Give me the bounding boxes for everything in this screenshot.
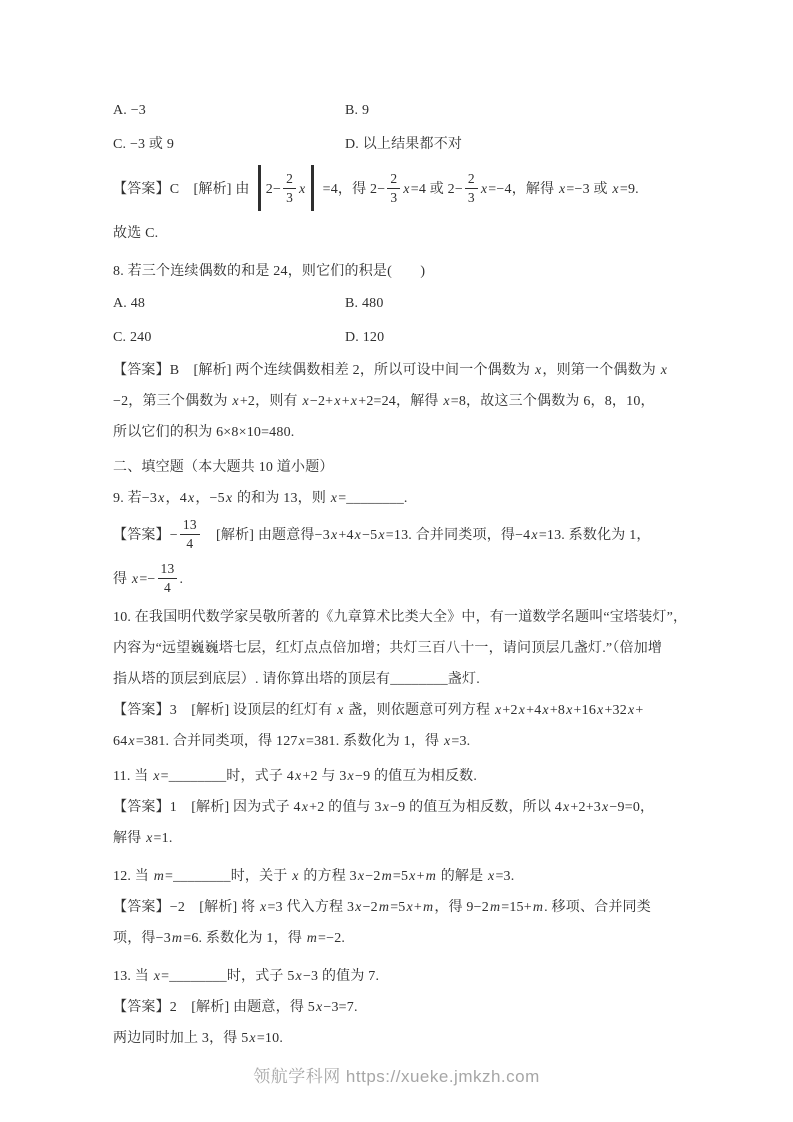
- math-variable: x: [402, 182, 410, 197]
- text-segment: +2: [502, 703, 517, 718]
- fraction-denominator: 3: [387, 189, 400, 206]
- text-segment: 的和为 13，则: [233, 491, 330, 506]
- fraction-denominator: 4: [183, 535, 196, 552]
- fraction-denominator: 3: [465, 189, 478, 206]
- fraction: 23: [387, 171, 400, 205]
- math-variable: x: [382, 800, 390, 815]
- text-segment: =________时，式子 4: [161, 769, 294, 784]
- text-segment: +32: [604, 703, 627, 718]
- text-segment: =381. 合并同类项，得 127: [136, 734, 298, 749]
- q12-answer-line-2: 项，得−3m=6. 系数化为 1，得 m=−2.: [113, 923, 697, 954]
- document-content: A. −3 B. 9 C. −3 或 9 D. 以上结果都不对 【答案】C [解…: [113, 94, 697, 1054]
- text-segment: +2 的值与 3: [309, 800, 382, 815]
- math-variable: x: [333, 394, 341, 409]
- q7-option-d: D. 以上结果都不对: [345, 128, 462, 162]
- math-variable: m: [425, 869, 437, 884]
- math-variable: x: [442, 394, 450, 409]
- text-segment: ，−5: [195, 491, 225, 506]
- fraction-numerator: 2: [387, 171, 400, 189]
- text-segment: =−4，解得: [488, 182, 558, 197]
- math-variable: x: [377, 528, 385, 543]
- q7-conclusion: 故选 C.: [113, 218, 697, 249]
- text-segment: +2=24，解得: [358, 394, 442, 409]
- question-9-stem: 9. 若−3x，4x，−5x 的和为 13，则 x=________.: [113, 483, 697, 514]
- math-variable: x: [518, 703, 526, 718]
- q12-answer-line-1: 【答案】−2 [解析] 将 x=3 代入方程 3x−2m=5x+m，得 9−2m…: [113, 892, 697, 923]
- text-segment: =10.: [257, 1031, 283, 1046]
- math-variable: x: [153, 969, 161, 984]
- text-segment: +: [635, 703, 643, 718]
- text-segment: =4，得 2−: [319, 182, 385, 197]
- text-segment: +: [342, 394, 350, 409]
- fraction-numerator: 2: [283, 171, 296, 189]
- math-variable: x: [298, 734, 306, 749]
- text-segment: =________.: [338, 491, 407, 506]
- text-segment: 【答案】2 [解析] 由题意，得 5: [113, 1000, 315, 1015]
- text-segment: 64: [113, 734, 127, 749]
- fraction-numerator: 2: [465, 171, 478, 189]
- text-segment: −2: [363, 900, 378, 915]
- text-segment: +2，则有: [240, 394, 302, 409]
- math-variable: x: [611, 182, 619, 197]
- math-variable: m: [378, 900, 390, 915]
- text-segment: 解得: [113, 831, 145, 846]
- q7-option-a: A. −3: [113, 94, 345, 128]
- q7-option-c: C. −3 或 9: [113, 128, 345, 162]
- text-segment: =13. 合并同类项，得−4: [386, 528, 531, 543]
- q8-option-b: B. 480: [345, 287, 384, 321]
- math-variable: x: [248, 1031, 256, 1046]
- q8-answer-line-3: 所以它们的积为 6×8×10=480.: [113, 417, 697, 448]
- text-segment: [解析] 由题意得−3: [202, 528, 330, 543]
- question-12-stem: 12. 当 m=________时，关于 x 的方程 3x−2m=5x+m 的解…: [113, 861, 697, 892]
- q8-option-c: C. 240: [113, 321, 345, 355]
- q7-answer-line: 【答案】C [解析] 由 2−23x =4，得 2−23x=4 或 2−23x=…: [113, 162, 697, 218]
- question-10-stem-line-2: 内容为“远望巍巍塔七层，红灯点点倍加增；共灯三百八十一，请问顶层几盏灯.”（倍加…: [113, 633, 697, 664]
- question-10-stem-line-3: 指从塔的顶层到底层）. 请你算出塔的顶层有________盏灯.: [113, 664, 697, 695]
- math-variable: x: [347, 769, 355, 784]
- text-segment: 9. 若−3: [113, 491, 157, 506]
- math-variable: x: [354, 528, 362, 543]
- math-variable: x: [354, 900, 362, 915]
- text-segment: =381. 系数化为 1，得: [306, 734, 443, 749]
- text-segment: 2−: [266, 182, 281, 197]
- fraction-denominator: 3: [283, 189, 296, 206]
- math-variable: m: [532, 900, 544, 915]
- q10-answer-line-1: 【答案】3 [解析] 设顶层的红灯有 x 盏，则依题意可列方程 x+2x+4x+…: [113, 695, 697, 726]
- q11-answer-line-1: 【答案】1 [解析] 因为式子 4x+2 的值与 3x−9 的值互为相反数，所以…: [113, 792, 697, 823]
- watermark-footer: 领航学科网 https://xueke.jmkzh.com: [0, 1062, 793, 1087]
- text-segment: =3 代入方程 3: [267, 900, 354, 915]
- q8-answer-line-2: −2，第三个偶数为 x+2，则有 x−2+x+x+2=24，解得 x=8，故这三…: [113, 386, 697, 417]
- fraction: 134: [180, 517, 200, 551]
- math-variable: x: [405, 900, 413, 915]
- text-segment: =15+: [501, 900, 532, 915]
- math-variable: m: [422, 900, 434, 915]
- math-variable: x: [231, 394, 239, 409]
- text-segment: 【答案】B [解析] 两个连续偶数相差 2，所以可设中间一个偶数为: [113, 363, 534, 378]
- text-segment: +16: [574, 703, 597, 718]
- math-variable: x: [127, 734, 135, 749]
- q9-answer-line-1: 【答案】−134 [解析] 由题意得−3x+4x−5x=13. 合并同类项，得−…: [113, 514, 697, 558]
- text-segment: +2 与 3: [302, 769, 346, 784]
- q8-option-d: D. 120: [345, 321, 384, 355]
- text-segment: 项，得−3: [113, 931, 171, 946]
- text-segment: −2+: [310, 394, 333, 409]
- math-variable: x: [301, 800, 309, 815]
- math-variable: x: [291, 869, 299, 884]
- text-segment: −9 的值互为相反数.: [355, 769, 477, 784]
- question-11-stem: 11. 当 x=________时，式子 4x+2 与 3x−9 的值互为相反数…: [113, 761, 697, 792]
- text-segment: =−2.: [318, 931, 345, 946]
- text-segment: 的方程 3: [300, 869, 357, 884]
- text-segment: 的解是: [437, 869, 487, 884]
- q8-options-row-cd: C. 240 D. 120: [113, 321, 697, 355]
- text-segment: =3.: [495, 869, 514, 884]
- text-segment: 【答案】C [解析] 由: [113, 182, 253, 197]
- text-segment: +: [414, 900, 422, 915]
- text-segment: =−3 或: [566, 182, 611, 197]
- text-segment: ，4: [166, 491, 187, 506]
- text-segment: −5: [362, 528, 377, 543]
- math-variable: x: [152, 769, 160, 784]
- q13-answer-line-1: 【答案】2 [解析] 由题意，得 5x−3=7.: [113, 992, 697, 1023]
- text-segment: 11. 当: [113, 769, 152, 784]
- math-variable: x: [330, 491, 338, 506]
- text-segment: −9=0，: [609, 800, 654, 815]
- text-segment: =6. 系数化为 1，得: [183, 931, 306, 946]
- text-segment: 所以它们的积为 6×8×10=480.: [113, 425, 295, 440]
- text-segment: =4 或 2−: [411, 182, 463, 197]
- fraction: 134: [158, 561, 178, 595]
- math-variable: x: [408, 869, 416, 884]
- math-variable: x: [145, 831, 153, 846]
- text-segment: +2+3: [570, 800, 601, 815]
- text-segment: +4: [338, 528, 353, 543]
- text-segment: . 移项、合并同类: [544, 900, 651, 915]
- absolute-value-bar: [258, 165, 261, 211]
- math-variable: m: [489, 900, 501, 915]
- text-segment: 12. 当: [113, 869, 153, 884]
- fraction: 23: [283, 171, 296, 205]
- text-segment: =9.: [620, 182, 639, 197]
- text-segment: ，得 9−2: [434, 900, 489, 915]
- math-variable: m: [153, 869, 165, 884]
- text-segment: =13. 系数化为 1，: [539, 528, 651, 543]
- text-segment: +8: [550, 703, 565, 718]
- q11-answer-line-2: 解得 x=1.: [113, 823, 697, 854]
- absolute-value-bar: [311, 165, 314, 211]
- text-segment: ，则第一个偶数为: [542, 363, 659, 378]
- math-variable: x: [660, 363, 668, 378]
- q7-options-row-ab: A. −3 B. 9: [113, 94, 697, 128]
- text-segment: +: [417, 869, 425, 884]
- q8-answer-line-1: 【答案】B [解析] 两个连续偶数相差 2，所以可设中间一个偶数为 x，则第一个…: [113, 355, 697, 386]
- text-segment: −9 的值互为相反数，所以 4: [390, 800, 562, 815]
- q8-option-a: A. 48: [113, 287, 345, 321]
- text-segment: 盏，则依题意可列方程: [345, 703, 494, 718]
- q7-options-row-cd: C. −3 或 9 D. 以上结果都不对: [113, 128, 697, 162]
- math-variable: x: [530, 528, 538, 543]
- text-segment: 【答案】1 [解析] 因为式子 4: [113, 800, 301, 815]
- math-variable: m: [171, 931, 183, 946]
- text-segment: 【答案】−: [113, 528, 178, 543]
- section-2-heading: 二、填空题（本大题共 10 道小题）: [113, 452, 697, 483]
- worksheet-page: A. −3 B. 9 C. −3 或 9 D. 以上结果都不对 【答案】C [解…: [0, 0, 793, 1122]
- text-segment: −2: [365, 869, 380, 884]
- text-segment: −3 的值为 7.: [303, 969, 379, 984]
- text-segment: 得: [113, 572, 131, 587]
- q7-option-b: B. 9: [345, 94, 369, 128]
- question-8-stem: 8. 若三个连续偶数的和是 24，则它们的积是( ): [113, 256, 697, 287]
- text-segment: 两边同时加上 3，得 5: [113, 1031, 248, 1046]
- text-segment: 【答案】−2 [解析] 将: [113, 900, 259, 915]
- math-variable: x: [157, 491, 165, 506]
- math-variable: x: [336, 703, 344, 718]
- text-segment: −3=7.: [323, 1000, 357, 1015]
- text-segment: =1.: [154, 831, 173, 846]
- math-variable: m: [381, 869, 393, 884]
- math-variable: x: [298, 182, 306, 197]
- text-segment: =________时，式子 5: [161, 969, 294, 984]
- q10-answer-line-2: 64x=381. 合并同类项，得 127x=381. 系数化为 1，得 x=3.: [113, 726, 697, 757]
- question-10-stem-line-1: 10. 在我国明代数学家吴敬所著的《九章算术比类大全》中，有一道数学名题叫“宝塔…: [113, 602, 697, 633]
- question-13-stem: 13. 当 x=________时，式子 5x−3 的值为 7.: [113, 961, 697, 992]
- text-segment: 【答案】3 [解析] 设顶层的红灯有: [113, 703, 336, 718]
- text-segment: =−: [139, 572, 155, 587]
- math-variable: x: [295, 969, 303, 984]
- text-segment: 13. 当: [113, 969, 153, 984]
- text-segment: =3.: [451, 734, 470, 749]
- text-segment: =5: [393, 869, 408, 884]
- text-segment: +4: [526, 703, 541, 718]
- text-segment: .: [179, 572, 183, 587]
- q13-answer-line-2: 两边同时加上 3，得 5x=10.: [113, 1023, 697, 1054]
- math-variable: x: [301, 394, 309, 409]
- math-variable: m: [306, 931, 318, 946]
- text-segment: =8，故这三个偶数为 6，8，10，: [451, 394, 655, 409]
- q9-answer-line-2: 得 x=−134.: [113, 558, 697, 602]
- text-segment: −2，第三个偶数为: [113, 394, 231, 409]
- fraction: 23: [465, 171, 478, 205]
- math-variable: x: [565, 703, 573, 718]
- fraction-numerator: 13: [180, 517, 200, 535]
- math-variable: x: [357, 869, 365, 884]
- fraction-denominator: 4: [161, 579, 174, 596]
- q8-options-row-ab: A. 48 B. 480: [113, 287, 697, 321]
- math-variable: x: [541, 703, 549, 718]
- math-variable: x: [350, 394, 358, 409]
- text-segment: =________时，关于: [165, 869, 291, 884]
- fraction-numerator: 13: [158, 561, 178, 579]
- text-segment: =5: [390, 900, 405, 915]
